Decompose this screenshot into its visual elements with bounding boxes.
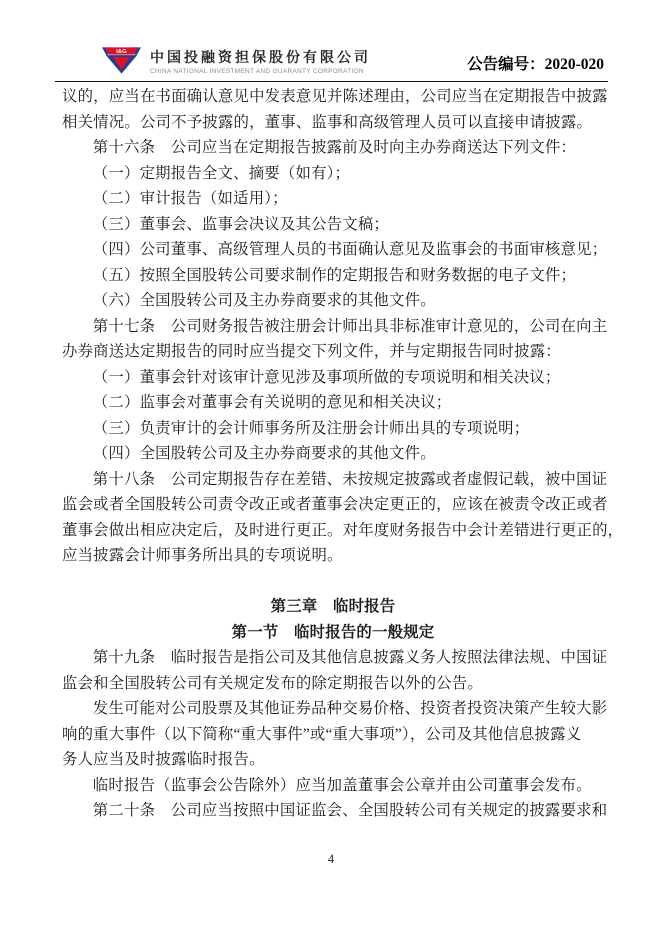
text-line: 办券商送达定期报告的同时应当提交下列文件，并与定期报告同时披露：: [62, 339, 604, 365]
text-line: 相关情况。公司不予披露的，董事、监事和高级管理人员可以直接申请披露。: [62, 110, 604, 136]
company-name: 中国投融资担保股份有限公司: [150, 47, 371, 67]
text-line: （一）定期报告全文、摘要（如有）；: [62, 161, 604, 187]
text-line: 议的，应当在书面确认意见中发表意见并陈述理由，公司应当在定期报告中披露: [62, 84, 604, 110]
text-line: 应当披露会计师事务所出具的专项说明。: [62, 543, 604, 569]
text-line: 务人应当及时披露临时报告。: [62, 747, 604, 773]
text-line: 第二十条 公司应当按照中国证监会、全国股转公司有关规定的披露要求和: [62, 798, 604, 824]
text-line: （五）按照全国股转公司要求制作的定期报告和财务数据的电子文件；: [62, 263, 604, 289]
logo-monogram: I&G: [116, 49, 127, 55]
page-number: 4: [328, 852, 334, 866]
text-line: 第十八条 公司定期报告存在差错、未按规定披露或者虚假记载，被中国证: [62, 467, 604, 493]
text-line: 第十六条 公司应当在定期报告披露前及时向主办券商送达下列文件：: [62, 135, 604, 161]
text-line: （三）董事会、监事会决议及其公告文稿；: [62, 212, 604, 238]
text-line: 监会或者全国股转公司责令改正或者董事会决定更正的，应该在被责令改正或者: [62, 492, 604, 518]
text-line: 董事会做出相应决定后，及时进行更正。对年度财务报告中会计差错进行更正的，: [62, 518, 604, 544]
text-line: 监会和全国股转公司有关规定发布的除定期报告以外的公告。: [62, 671, 604, 697]
company-identity: I&G 中国投融资担保股份有限公司 CHINA NATIONAL INVESTM…: [102, 46, 371, 75]
company-names: 中国投融资担保股份有限公司 CHINA NATIONAL INVESTMENT …: [150, 47, 371, 75]
document-page: I&G 中国投融资担保股份有限公司 CHINA NATIONAL INVESTM…: [0, 0, 662, 936]
text-line: （三）负责审计的会计师事务所及注册会计师出具的专项说明；: [62, 416, 604, 442]
text-line: 响的重大事件（以下简称“重大事件”或“重大事项”），公司及其他信息披露义: [62, 722, 604, 748]
text-line: 第三章 临时报告: [62, 594, 604, 620]
text-line: 第十九条 临时报告是指公司及其他信息披露义务人按照法律法规、中国证: [62, 645, 604, 671]
blank-line: [62, 569, 604, 595]
announcement-number: 公告编号：2020-020: [467, 52, 604, 74]
page-footer: 4: [0, 852, 662, 867]
company-logo-icon: I&G: [102, 46, 141, 75]
text-line: （一）董事会针对该审计意见涉及事项所做的专项说明和相关决议；: [62, 365, 604, 391]
text-line: 第十七条 公司财务报告被注册会计师出具非标准审计意见的，公司在向主: [62, 314, 604, 340]
page-header: I&G 中国投融资担保股份有限公司 CHINA NATIONAL INVESTM…: [0, 0, 662, 75]
text-line: （二）审计报告（如适用）；: [62, 186, 604, 212]
text-line: 临时报告（监事会公告除外）应当加盖董事会公章并由公司董事会发布。: [62, 773, 604, 799]
text-line: （二）监事会对董事会有关说明的意见和相关决议；: [62, 390, 604, 416]
text-line: （四）全国股转公司及主办券商要求的其他文件。: [62, 441, 604, 467]
text-line: 第一节 临时报告的一般规定: [62, 620, 604, 646]
company-name-english: CHINA NATIONAL INVESTMENT AND GUARANTY C…: [150, 68, 371, 75]
text-line: 发生可能对公司股票及其他证券品种交易价格、投资者投资决策产生较大影: [62, 696, 604, 722]
text-line: （四）公司董事、高级管理人员的书面确认意见及监事会的书面审核意见；: [62, 237, 604, 263]
text-line: （六）全国股转公司及主办券商要求的其他文件。: [62, 288, 604, 314]
document-body: 议的，应当在书面确认意见中发表意见并陈述理由，公司应当在定期报告中披露相关情况。…: [0, 82, 662, 824]
